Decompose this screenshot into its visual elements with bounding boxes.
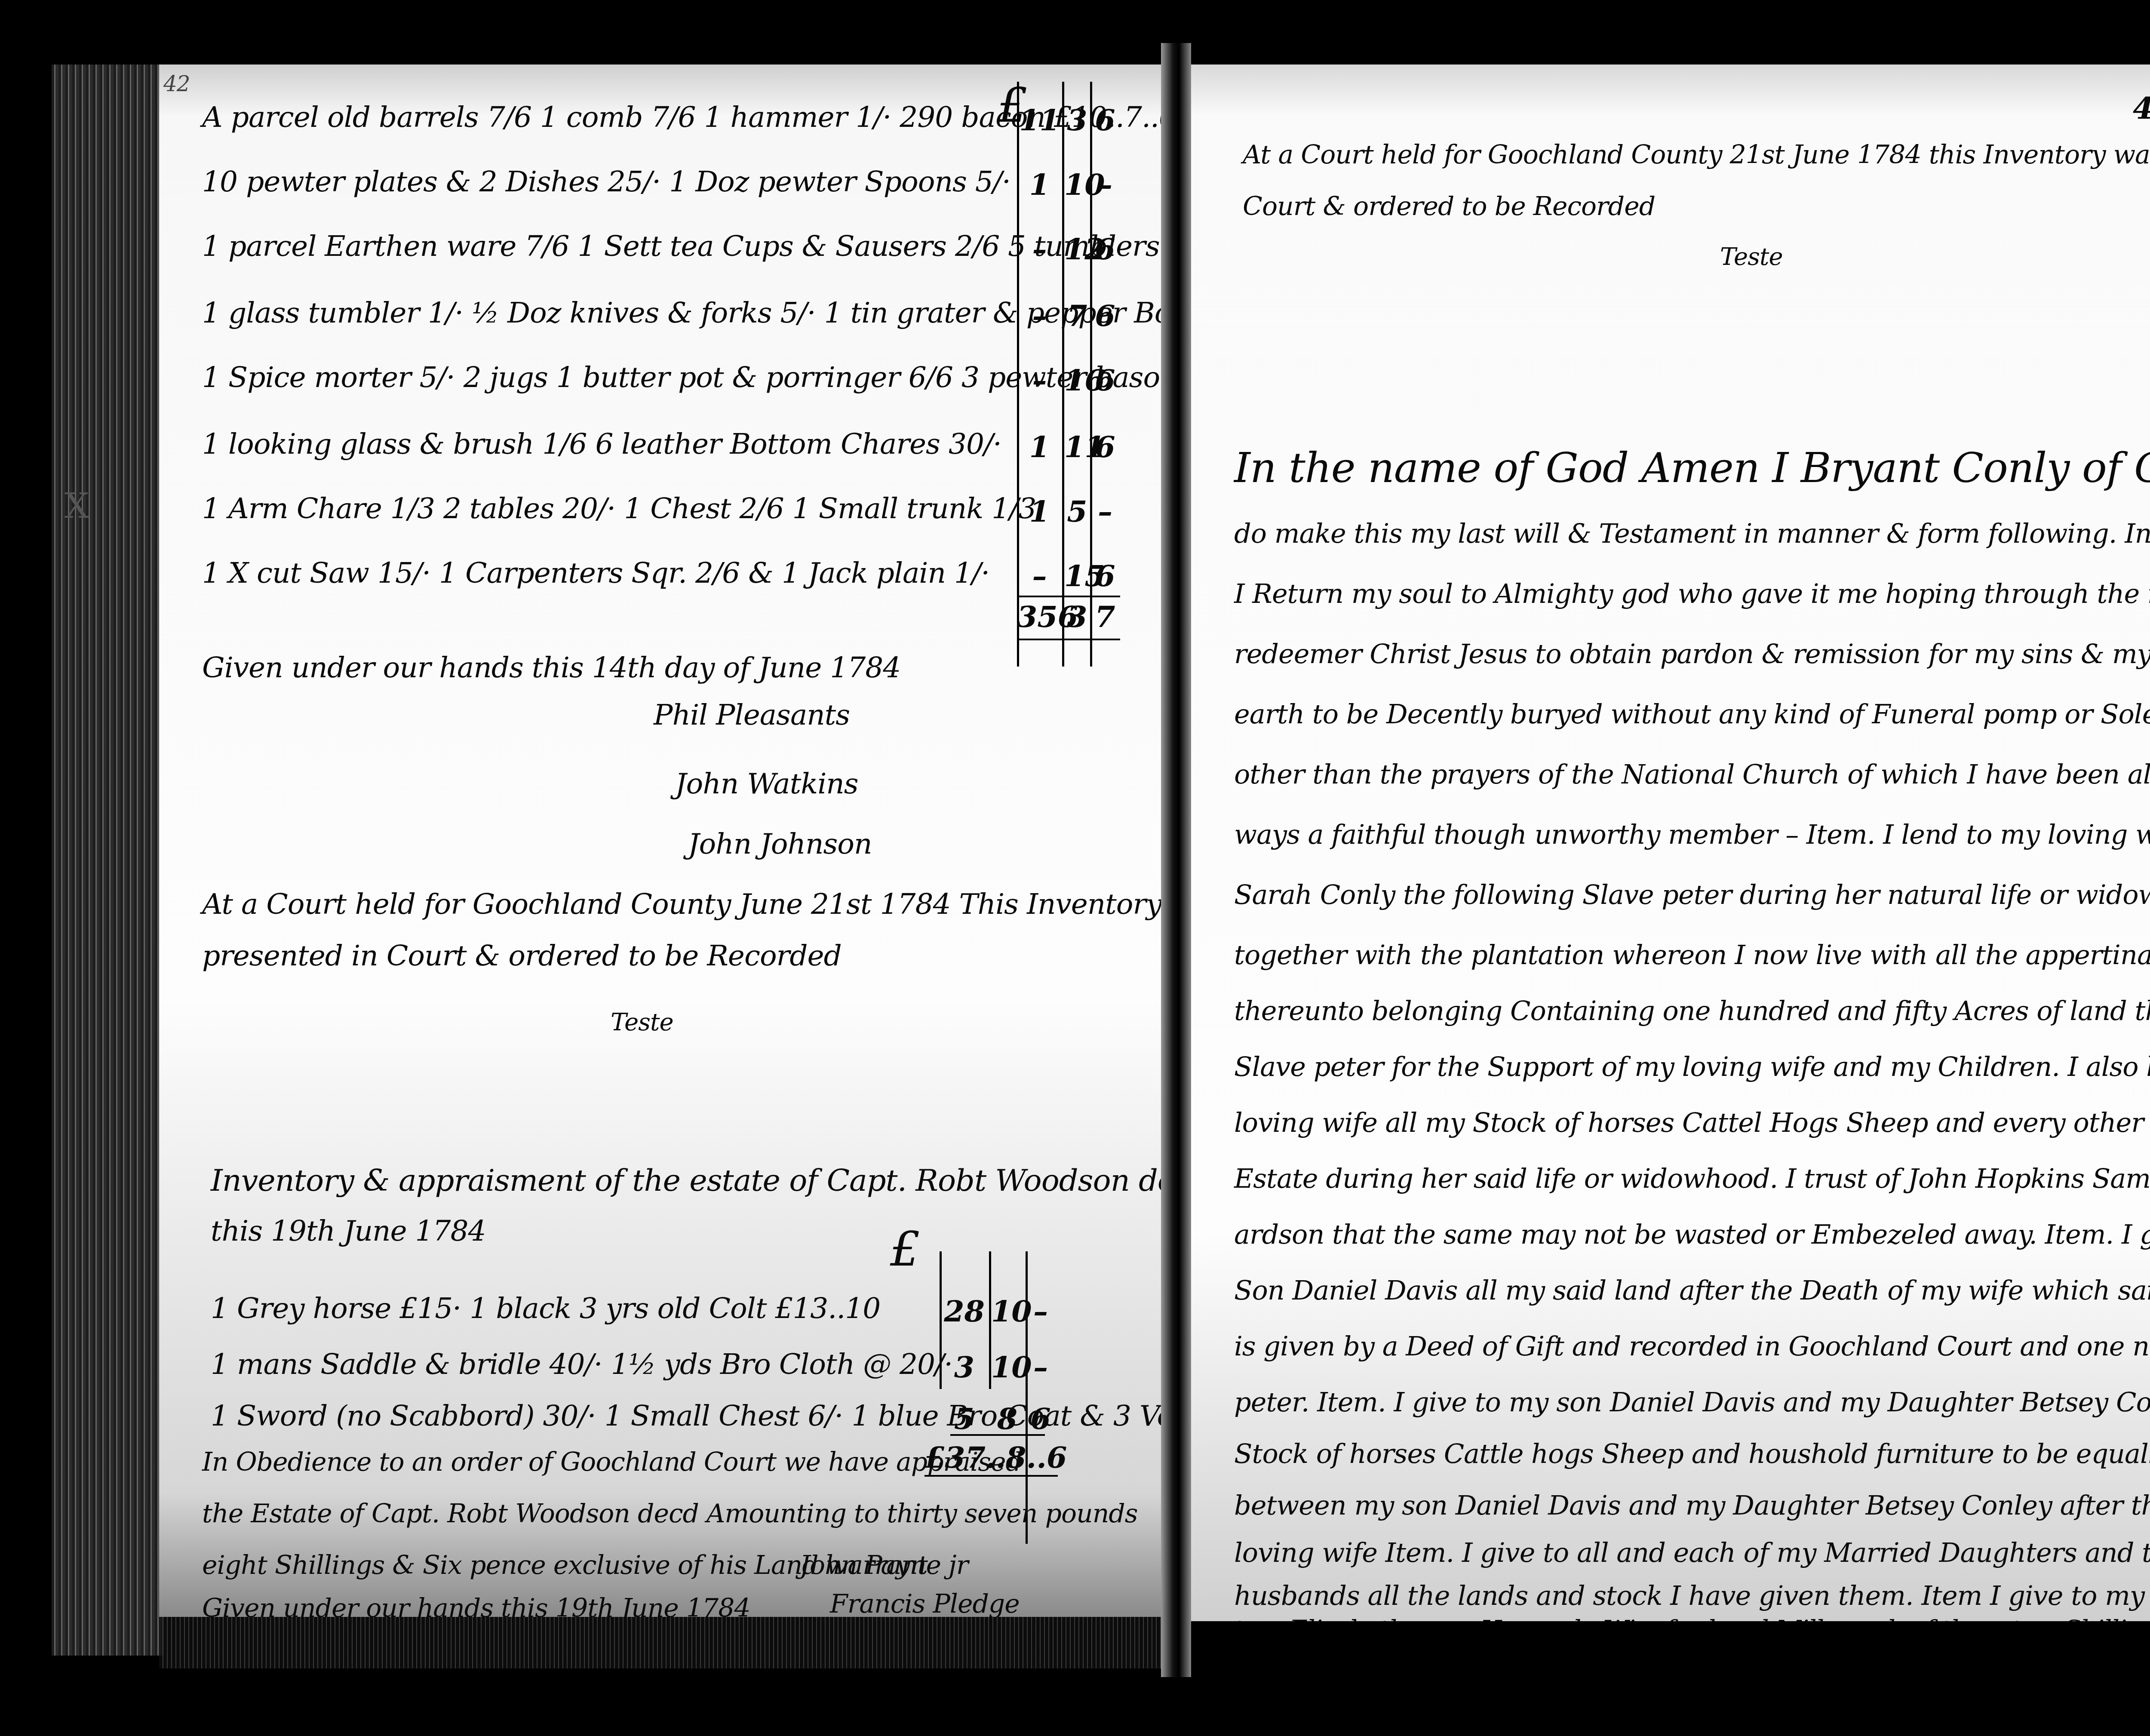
currency-header: £ xyxy=(890,1226,920,1273)
will-line: thereunto belonging Containing one hundr… xyxy=(1234,998,2150,1024)
total-rule xyxy=(950,1434,1045,1436)
court-note: Court & ordered to be Recorded xyxy=(1243,194,1655,219)
court-note: presented in Court & ordered to be Recor… xyxy=(202,942,842,970)
signature: John Watkins xyxy=(675,770,858,798)
court-note: At a Court held for Goochland County 21s… xyxy=(1243,142,2150,168)
total-rule xyxy=(1017,639,1120,640)
given-under-text: Given under our hands this 14th day of J… xyxy=(202,654,900,682)
will-line: Son Daniel Davis all my said land after … xyxy=(1234,1277,2150,1304)
signature: Phil Pleasants xyxy=(654,701,850,729)
teste-label: Teste xyxy=(1720,245,1783,269)
will-line: ardson that the same may not be wasted o… xyxy=(1234,1221,2150,1248)
will-line: is given by a Deed of Gift and recorded … xyxy=(1234,1333,2150,1360)
will-line: Estate during her said life or widowhood… xyxy=(1234,1165,2150,1192)
will-line: earth to be Decently buryed without any … xyxy=(1234,701,2150,728)
will-line: Stock of horses Cattle hogs Sheep and ho… xyxy=(1234,1441,2150,1467)
second-inventory-title: Inventory & appraisment of the estate of… xyxy=(211,1165,1161,1195)
obedience-text: the Estate of Capt. Robt Woodson decd Am… xyxy=(202,1501,1138,1527)
will-line: Sarah Conly the following Slave peter du… xyxy=(1234,882,2150,908)
will-line: I Return my soul to Almighty god who gav… xyxy=(1234,581,2150,607)
will-line: Slave peter for the Support of my loving… xyxy=(1234,1054,2150,1080)
page-number-left: 42 xyxy=(163,73,190,95)
will-line: other than the prayers of the National C… xyxy=(1234,761,2150,788)
teste-label: Teste xyxy=(611,1011,673,1035)
will-line: ways a faithful though unworthy member –… xyxy=(1234,821,2150,848)
will-line: In the name of God Amen I Bryant Conly o… xyxy=(1234,447,2150,489)
left-page: 42 £ A parcel old barrels 7/6 1 comb 7/6… xyxy=(159,65,1161,1617)
signature: John Johnson xyxy=(688,830,872,858)
second-inventory-title: this 19th June 1784 xyxy=(211,1217,485,1245)
obedience-text: In Obedience to an order of Goochland Co… xyxy=(202,1449,1022,1475)
margin-mark-x: X xyxy=(64,486,89,526)
appraiser-signature: John Payne jr xyxy=(800,1552,968,1578)
will-line: peter. Item. I give to my son Daniel Dav… xyxy=(1234,1389,2150,1416)
will-line: do make this my last will & Testament in… xyxy=(1234,520,2150,547)
appraiser-signature: Francis Pledge xyxy=(830,1591,1020,1617)
book-gutter xyxy=(1161,43,1191,1677)
will-line: loving wife Item. I give to all and each… xyxy=(1234,1539,2150,1566)
book-binding-left xyxy=(52,65,163,1656)
will-line: redeemer Christ Jesus to obtain pardon &… xyxy=(1234,641,2150,667)
page-number-right: 43 xyxy=(2133,90,2150,126)
page-bottom-shadow xyxy=(159,1617,1161,1668)
obedience-text: Given under our hands this 19th June 178… xyxy=(202,1595,750,1617)
will-line: loving wife all my Stock of horses Catte… xyxy=(1234,1109,2150,1136)
court-note: At a Court held for Goochland County Jun… xyxy=(202,890,1161,919)
total-rule xyxy=(1017,596,1120,597)
will-line: between my son Daniel Davis and my Daugh… xyxy=(1234,1492,2150,1519)
right-page: 43 At a Court held for Goochland County … xyxy=(1191,65,2150,1621)
will-line: husbands all the lands and stock I have … xyxy=(1234,1582,2150,1609)
will-line: ters Elizabeth, ann, Hancock, Winefred a… xyxy=(1234,1617,2150,1621)
will-line: together with the plantation whereon I n… xyxy=(1234,942,2150,968)
